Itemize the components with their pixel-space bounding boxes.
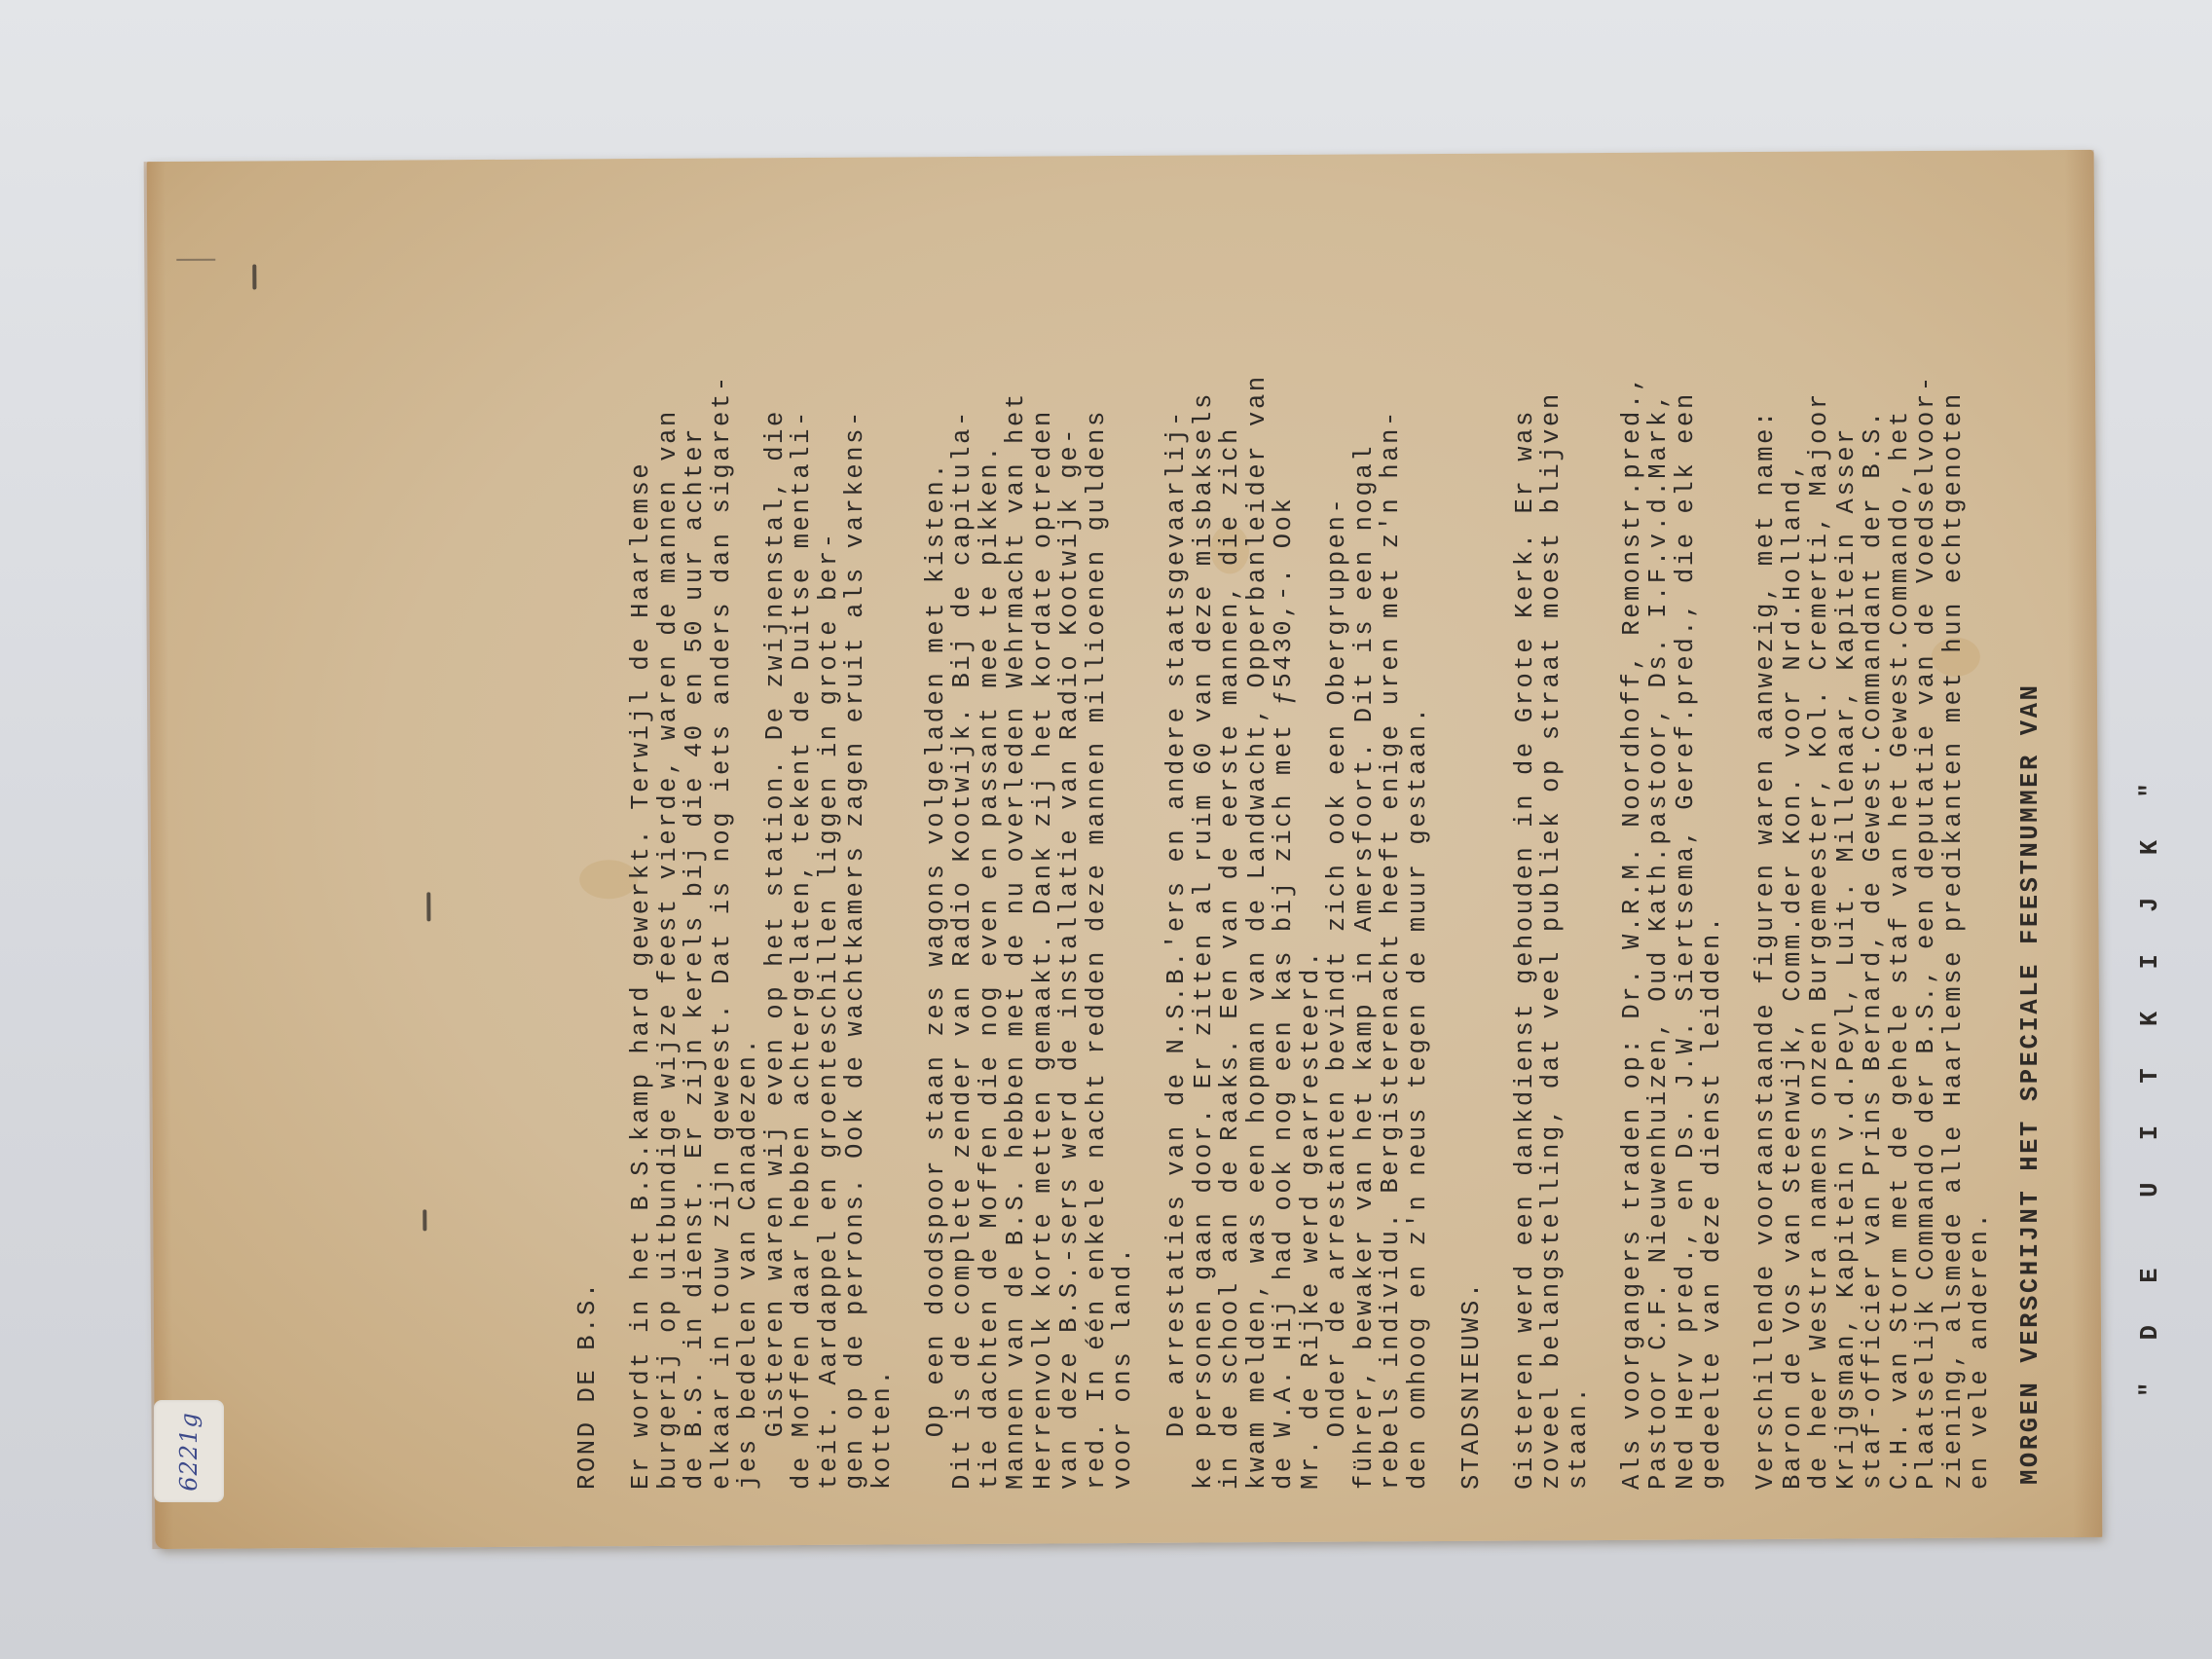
section-heading-rond-de-bs: ROND DE B.S. — [574, 370, 602, 1490]
typed-line: kotten. — [869, 370, 897, 1490]
typed-line: Gisteren werd een dankdienst gehouden in… — [1512, 370, 1539, 1490]
typed-line: in de school aan de Raaks. Een van de ee… — [1217, 370, 1244, 1490]
announcement-block: MORGEN VERSCHIJNT HET SPECIALE FEESTNUMM… — [1931, 628, 2212, 1504]
typed-line: ke personen gaan door. Er zitten al ruim… — [1191, 370, 1218, 1490]
section-heading-stadsnieuws: STADSNIEUWS. — [1458, 370, 1486, 1490]
announcement-title-de-uitkijk: " D E U I T K I J K " — [2130, 628, 2170, 1504]
typed-line: De arrestaties van de N.S.B.'ers en ande… — [1163, 370, 1191, 1490]
typed-line: tie dachten de Moffen die nog even en pa… — [977, 370, 1004, 1490]
heading-gap — [1485, 370, 1512, 1490]
typed-line: zoveel belangstelling, dat veel publiek … — [1538, 370, 1566, 1490]
typed-line: jes bedelen van Canadezen. — [735, 370, 762, 1490]
typed-line: Als voorgangers traden op: Dr. W.R.M. No… — [1619, 370, 1646, 1490]
typed-line: Dit is de complete zender van Radio Koot… — [949, 370, 977, 1490]
paragraph-gap — [1726, 370, 1753, 1490]
typed-line: de heer Westra namens onzen Burgemeester… — [1806, 370, 1833, 1490]
typed-line: C.H. van Storm met de gehele staf van he… — [1887, 370, 1914, 1490]
typed-line: Ned Herv pred., en Ds. J.W. Siertsema, G… — [1673, 370, 1700, 1490]
typed-line: Mr. de Rijke werd gearresteerd. — [1298, 370, 1325, 1490]
typed-line: Herrenvolk korte metten gemaakt. Dank zi… — [1030, 370, 1057, 1490]
typed-line: staf-officier van Prins Bernard, de Gewe… — [1860, 370, 1887, 1490]
typed-line: gen op de perrons. Ook de wachtkamers za… — [842, 370, 869, 1490]
heading-gap — [602, 370, 629, 1490]
archive-number: 6221g — [175, 1412, 203, 1491]
typed-line: Verschillende vooraanstaande figuren war… — [1752, 370, 1780, 1490]
archive-number-label: 6221g — [154, 1400, 224, 1502]
typed-line: burgerij op uitbundige wijze feest vierd… — [655, 370, 682, 1490]
typed-line: voor ons land. — [1110, 370, 1137, 1490]
typed-line: gedeelte van deze dienst leidden. — [1699, 370, 1726, 1490]
paragraph-gap — [1592, 370, 1619, 1490]
typed-line: de B.S. in dienst. Er zijn kerels bij di… — [682, 370, 709, 1490]
paragraph-gap — [896, 370, 923, 1490]
typewriter-mark — [426, 892, 430, 921]
typed-line: van deze B.S.-sers werd de installatie v… — [1056, 370, 1084, 1490]
typewriter-mark — [176, 259, 215, 261]
typed-line: red. In één enkele nacht redden deze man… — [1084, 370, 1111, 1490]
typed-line: Pastoor C.F. Nieuwenhuizen, Oud Kath.pas… — [1645, 370, 1673, 1490]
typed-line: staan. — [1566, 370, 1593, 1490]
typed-line: teit. Aardappel en groenteschillen ligge… — [816, 370, 843, 1490]
paragraph-gap — [1137, 370, 1164, 1490]
typed-line: führer, bewaker van het kamp in Amersfoo… — [1351, 370, 1379, 1490]
typed-line: Onder de arrestanten bevindt zich ook ee… — [1324, 370, 1351, 1490]
typed-line: Baron de Vos van Steenwijk, Comm.der Kon… — [1780, 370, 1807, 1490]
typed-line: Krijgsman, Kapitein v.d.Peyl, Luit. Mill… — [1833, 370, 1861, 1490]
typewriter-mark — [423, 1209, 426, 1231]
typed-line: Gisteren waren wij even op het station. … — [762, 370, 790, 1490]
typed-line: de W.A. Hij had ook nog een kas bij zich… — [1271, 370, 1298, 1490]
document-body: ROND DE B.S.Er wordt in het B.S.kamp har… — [574, 370, 1994, 1490]
typed-line: Er wordt in het B.S.kamp hard gewerkt. T… — [628, 370, 655, 1490]
typed-line: den omhoog en z'n neus tegen de muur ges… — [1405, 370, 1432, 1490]
announcement-line-morgen: MORGEN VERSCHIJNT HET SPECIALE FEESTNUMM… — [2010, 628, 2050, 1504]
typewriter-mark — [252, 264, 256, 289]
typed-line: de Moffen daar hebben achtergelaten, tek… — [789, 370, 816, 1490]
typed-line: rebels individu. Bergisterenacht heeft e… — [1378, 370, 1405, 1490]
typed-line: elkaar in touw zijn geweest. Dat is nog … — [709, 370, 736, 1490]
typed-line: kwam melden, was een hopman van de Landw… — [1244, 370, 1272, 1490]
typed-line: Mannen van de B.S. hebben met de nu over… — [1003, 370, 1030, 1490]
paragraph-gap — [1431, 370, 1458, 1490]
typed-line: Op een doodspoor staan zes wagons volgel… — [923, 370, 950, 1490]
